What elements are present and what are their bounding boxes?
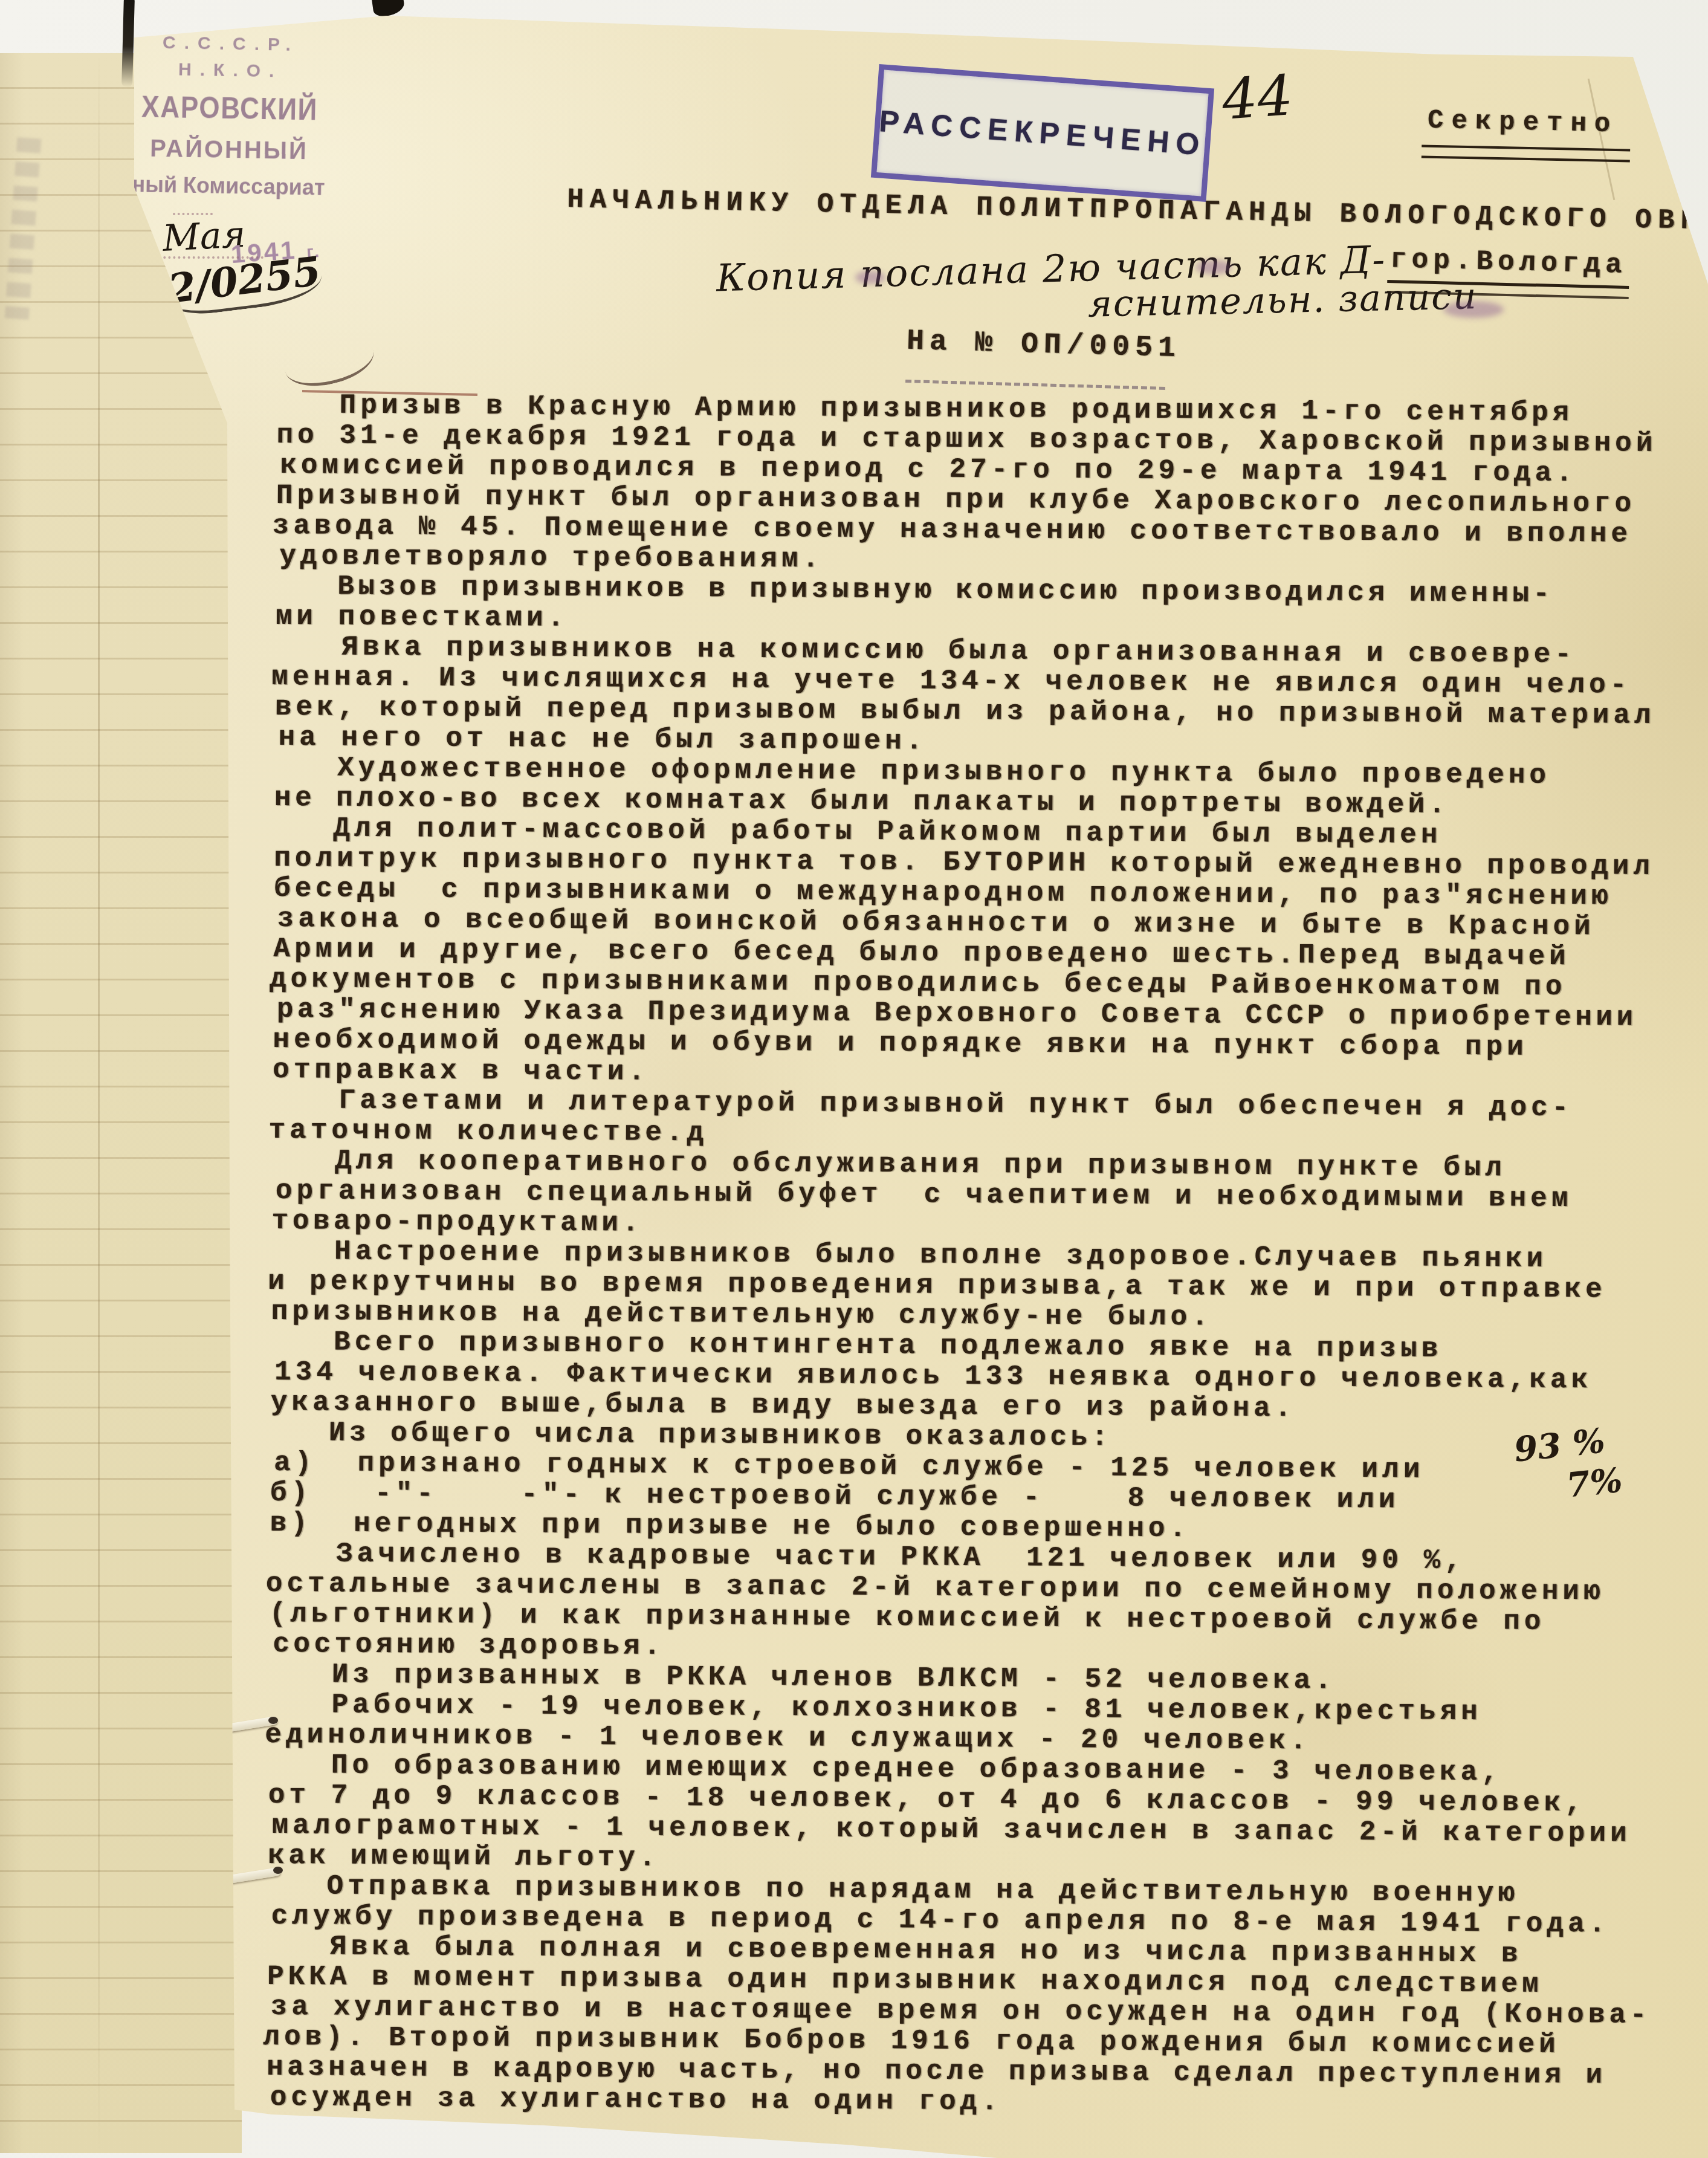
secrecy-label: Секретно xyxy=(1428,106,1619,140)
scanned-document-scene: С.С.С.Р. Н.К.О. ХАРОВСКИЙ РАЙОННЫЙ ный К… xyxy=(0,0,1708,2158)
document-page: С.С.С.Р. Н.К.О. ХАРОВСКИЙ РАЙОННЫЙ ный К… xyxy=(0,0,1708,2158)
declassified-stamp-text: РАССЕКРЕЧЕНО xyxy=(878,103,1208,163)
declassified-stamp: РАССЕКРЕЧЕНО xyxy=(871,64,1214,202)
typed-body: Призыв в Красную Армию призывников родив… xyxy=(267,390,1703,2121)
handwritten-note-line2: яснительн. записи xyxy=(1087,275,1478,325)
reference-number-line: На № ОП/0051 xyxy=(906,325,1181,366)
ink-smudge xyxy=(855,271,885,284)
pen-flourish xyxy=(280,328,379,394)
binding-hole xyxy=(268,1717,278,1724)
handwritten-percent-b: 7% xyxy=(1565,1460,1625,1505)
faint-margin-marks xyxy=(5,137,42,320)
ink-smudge xyxy=(1443,301,1504,318)
reference-dashed-underline xyxy=(905,380,1165,390)
binding-hole xyxy=(273,1867,283,1874)
handwritten-page-number: 44 xyxy=(1220,63,1295,132)
page-fold-line xyxy=(98,53,100,2153)
secrecy-underline xyxy=(1422,144,1630,162)
stamp-line-kharovsky: ХАРОВСКИЙ xyxy=(107,88,352,128)
torn-edge-mark xyxy=(372,0,406,18)
city-line: гор.Вологда xyxy=(1389,244,1627,281)
ink-smudge xyxy=(1195,260,1232,274)
underlying-ruled-page xyxy=(0,53,242,2153)
